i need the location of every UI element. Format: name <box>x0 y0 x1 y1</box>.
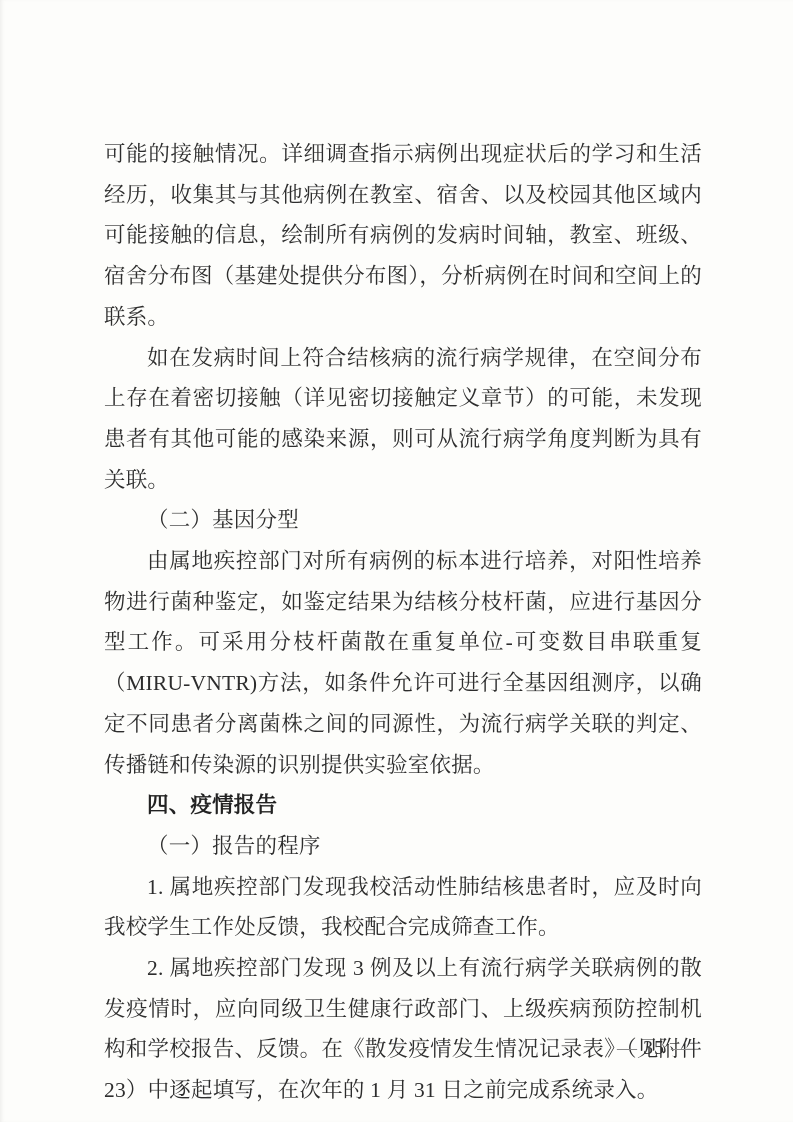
subsection-heading-genotyping: （二）基因分型 <box>104 500 702 541</box>
page-number-value: 35 <box>643 1037 665 1059</box>
subsection-heading-report-procedure: （一）报告的程序 <box>104 826 702 867</box>
paragraph-genotyping-method: 由属地疾控部门对所有病例的标本进行培养，对阳性培养物进行菌种鉴定，如鉴定结果为结… <box>104 541 702 785</box>
paragraph-epidemiological-association: 如在发病时间上符合结核病的流行病学规律，在空间分布上存在着密切接触（详见密切接触… <box>104 338 702 501</box>
page-number-left-dash: — <box>611 1037 643 1059</box>
document-body: 可能的接触情况。详细调查指示病例出现症状后的学习和生活经历，收集其与其他病例在教… <box>104 134 702 1111</box>
list-item-2: 2. 属地疾控部门发现 3 例及以上有流行病学关联病例的散发疫情时，应向同级卫生… <box>104 948 702 1111</box>
list-item-1: 1. 属地疾控部门发现我校活动性肺结核患者时，应及时向我校学生工作处反馈，我校配… <box>104 867 702 948</box>
paragraph-contact-investigation: 可能的接触情况。详细调查指示病例出现症状后的学习和生活经历，收集其与其他病例在教… <box>104 134 702 338</box>
document-page: 可能的接触情况。详细调查指示病例出现症状后的学习和生活经历，收集其与其他病例在教… <box>0 0 793 1122</box>
page-number-right-dash: — <box>665 1037 697 1059</box>
page-number: —35— <box>611 1036 697 1060</box>
section-heading-epidemic-report: 四、疫情报告 <box>104 785 702 826</box>
